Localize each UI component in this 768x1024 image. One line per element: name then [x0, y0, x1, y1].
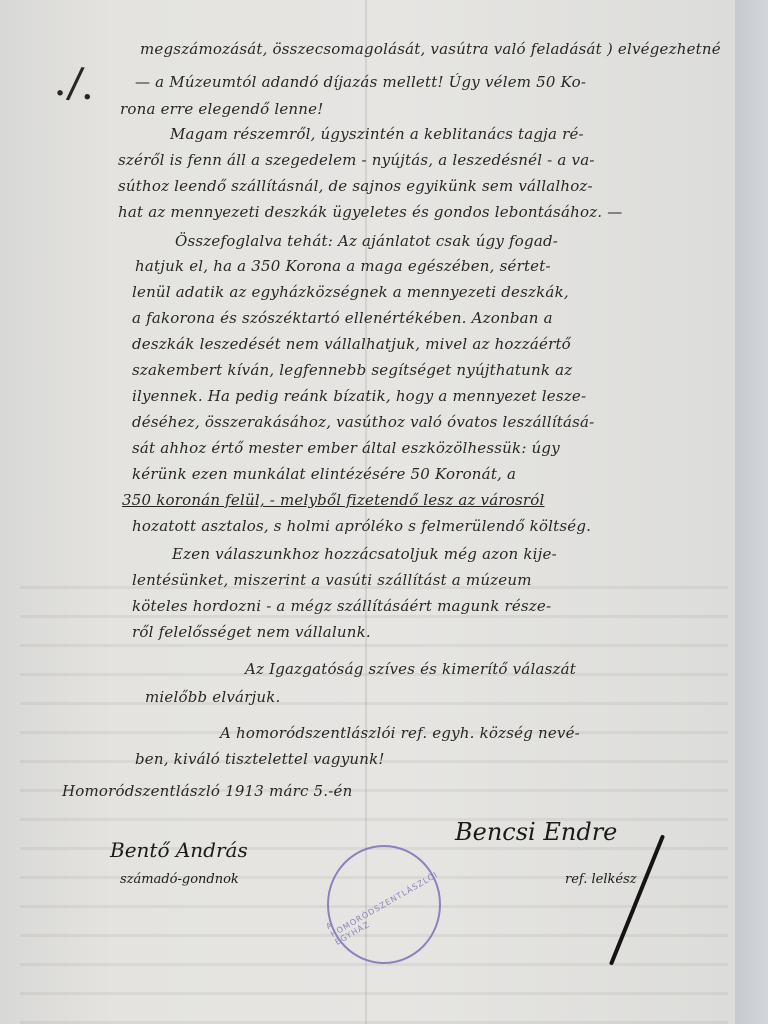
- text-line: köteles hordozni - a mégz szállításáért …: [132, 597, 551, 615]
- text-line: szakembert kíván, legfennebb segítséget …: [132, 361, 572, 379]
- text-line: Összefoglalva tehát: Az ajánlatot csak ú…: [175, 232, 558, 250]
- text-line: hat az mennyezeti deszkák ügyeletes és g…: [118, 203, 622, 221]
- text-line: kérünk ezen munkálat elintézésére 50 Kor…: [132, 465, 516, 483]
- signature-title: számadó-gondnok: [120, 872, 239, 887]
- text-line: — a Múzeumtól adandó díjazás mellett! Úg…: [135, 73, 586, 91]
- text-line-underlined: 350 koronán felül, - melyből fizetendő l…: [122, 491, 544, 509]
- text-line: megszámozását, összecsomagolását, vasútr…: [140, 40, 721, 58]
- text-line: déséhez, összerakásához, vasúthoz való ó…: [132, 413, 594, 431]
- text-line: a fakorona és szószéktartó ellenértékébe…: [132, 309, 553, 327]
- text-line: ről felelősséget nem vállalunk.: [132, 623, 371, 641]
- text-line: mielőbb elvárjuk.: [145, 688, 281, 706]
- text-line: hozatott asztalos, s holmi apróléko s fe…: [132, 517, 591, 535]
- margin-mark: ./.: [52, 55, 99, 109]
- text-line: hatjuk el, ha a 350 Korona a maga egészé…: [135, 257, 551, 275]
- text-line: széről is fenn áll a szegedelem - nyújtá…: [118, 151, 595, 169]
- text-line: Ezen válaszunkhoz hozzácsatoljuk még azo…: [172, 545, 557, 563]
- text-line: Az Igazgatóság szíves és kimerítő válasz…: [245, 660, 576, 678]
- signature-name: Bentő András: [110, 838, 248, 862]
- text-line: lentésünket, miszerint a vasúti szállítá…: [132, 571, 532, 589]
- signature-name: Bencsi Endre: [455, 818, 617, 846]
- signature-title: ref. lelkész: [565, 872, 637, 887]
- text-line: Magam részemről, úgyszintén a keblitanác…: [170, 125, 584, 143]
- text-line: deszkák leszedését nem vállalhatjuk, miv…: [132, 335, 571, 353]
- text-line: lenül adatik az egyházközségnek a mennye…: [132, 283, 569, 301]
- text-line: súthoz leendő szállításnál, de sajnos eg…: [118, 177, 593, 195]
- text-line: A homoródszentlászlói ref. egyh. község …: [220, 724, 580, 742]
- official-stamp: A HOMORÓDSZENTLÁSZLÓI EGYHÁZ: [327, 845, 441, 964]
- text-line: ben, kiváló tisztelettel vagyunk!: [135, 750, 385, 768]
- stamp-text: A HOMORÓDSZENTLÁSZLÓI EGYHÁZ: [324, 862, 444, 947]
- text-line: ilyennek. Ha pedig reánk bízatik, hogy a…: [132, 387, 586, 405]
- paper-edge-background: [735, 0, 768, 1024]
- dateline: Homoródszentlászló 1913 márc 5.-én: [62, 782, 352, 800]
- text-line: rona erre elegendő lenne!: [120, 100, 323, 118]
- text-line: sát ahhoz értő mester ember által eszköz…: [132, 439, 560, 457]
